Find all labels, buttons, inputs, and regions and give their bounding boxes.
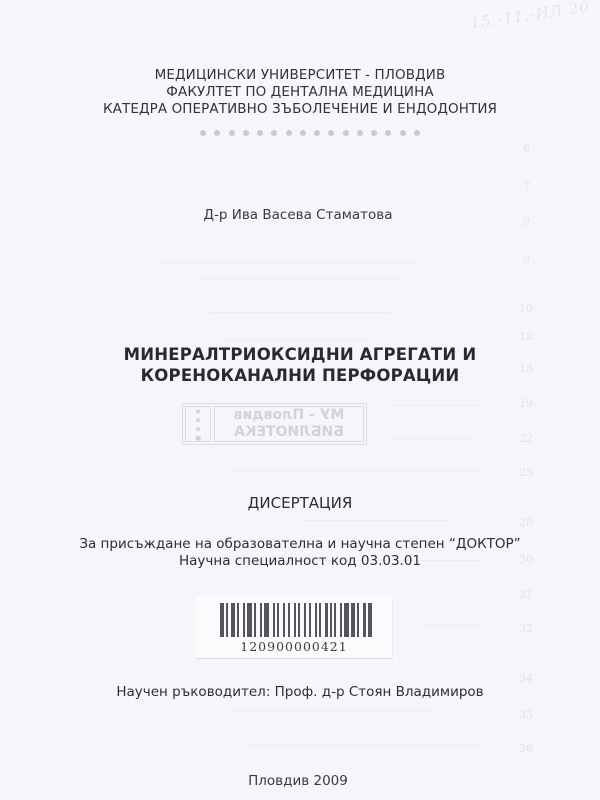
faculty-name: ФАКУЛТЕТ ПО ДЕНТАЛНА МЕДИЦИНА xyxy=(0,84,600,101)
dotted-separator xyxy=(200,128,420,138)
dissertation-title-line-1: МИНЕРАЛТРИОКСИДНИ АГРЕГАТИ И xyxy=(0,344,600,365)
dissertation-title-line-2: КОРЕНОКАНАЛНИ ПЕРФОРАЦИИ xyxy=(0,365,600,386)
handwritten-note: 15.-11.-ИЛ 20 xyxy=(469,0,591,32)
scientific-supervisor: Научен ръководител: Проф. д-р Стоян Влад… xyxy=(0,684,600,700)
barcode-label: 120900000421 xyxy=(196,596,393,659)
stamp-text-box: МУ - Пловдив БИБЛИОТЕКА xyxy=(214,406,364,442)
university-name: МЕДИЦИНСКИ УНИВЕРСИТЕТ - ПЛОВДИВ xyxy=(0,67,600,84)
scanned-page: 15.-11.-ИЛ 20 6 7 9 9 10 12 13 19 22 25 … xyxy=(0,0,600,800)
degree-purpose: За присъждане на образователна и научна … xyxy=(0,536,600,553)
specialty-code: Научна специалност код 03.03.01 xyxy=(0,553,600,570)
department-name: КАТЕДРА ОПЕРАТИВНО ЗЪБОЛЕЧЕНИЕ И ЕНДОДОН… xyxy=(0,101,600,118)
library-stamp-show-through: МУ - Пловдив БИБЛИОТЕКА ▪▪▪● xyxy=(182,403,367,445)
document-type: ДИСЕРТАЦИЯ xyxy=(0,494,600,512)
barcode-number: 120900000421 xyxy=(196,639,392,654)
city-and-year: Пловдив 2009 xyxy=(0,773,598,789)
barcode xyxy=(220,603,374,637)
stamp-side-panel: ▪▪▪● xyxy=(185,406,211,442)
author-name: Д-р Ива Васева Стаматова xyxy=(0,207,598,223)
